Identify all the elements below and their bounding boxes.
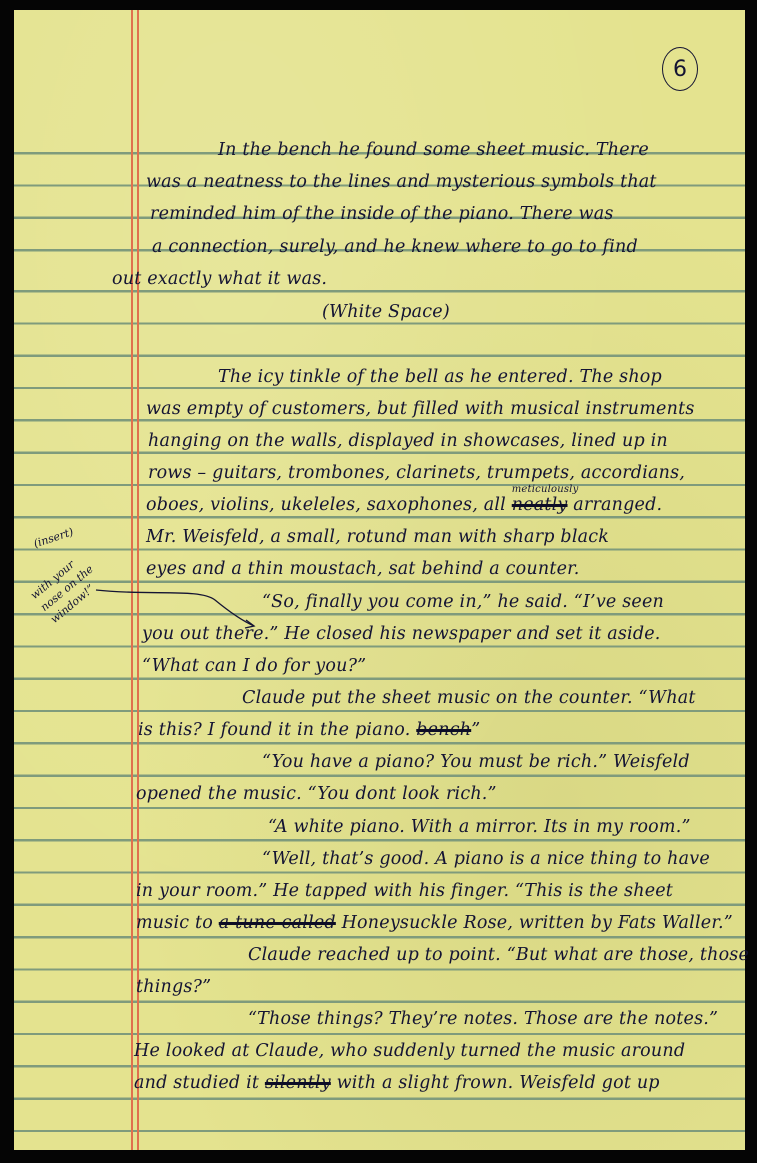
dialogue-line2: you out there.” He closed his newspaper … xyxy=(142,624,661,644)
paragraph1-line3: reminded him of the inside of the piano.… xyxy=(150,204,614,224)
dialogue-line6: “You have a piano? You must be rich.” We… xyxy=(262,752,690,772)
dialogue-line14: “Those things? They’re notes. Those are … xyxy=(248,1009,718,1029)
edit-insertion: meticulously neatly xyxy=(512,495,568,515)
page-number: 6 xyxy=(662,47,698,91)
dialogue-line3: “What can I do for you?” xyxy=(142,656,366,676)
paragraph2-line7: eyes and a thin moustach, sat behind a c… xyxy=(146,559,580,579)
dialogue-line4: Claude put the sheet music on the counte… xyxy=(242,688,696,708)
struck-word: silently xyxy=(265,1073,331,1093)
dialogue-line10: in your room.” He tapped with his finger… xyxy=(136,881,673,901)
struck-phrase: a tune called xyxy=(219,913,336,933)
dialogue-line11: music to a tune called Honeysuckle Rose,… xyxy=(136,913,733,933)
paragraph2-line4: rows – guitars, trombones, clarinets, tr… xyxy=(148,463,685,483)
inserted-word: meticulously xyxy=(512,484,579,495)
paragraph2-line6: Mr. Weisfeld, a small, rotund man with s… xyxy=(146,527,609,547)
dialogue-line16: and studied it silently with a slight fr… xyxy=(134,1073,660,1093)
line-after: Honeysuckle Rose, written by Fats Waller… xyxy=(342,913,733,933)
margin-line-left xyxy=(131,10,133,1150)
paragraph1-line1: In the bench he found some sheet music. … xyxy=(218,140,649,160)
paragraph2-line2: was empty of customers, but filled with … xyxy=(146,399,695,419)
line-before: and studied it xyxy=(134,1073,259,1093)
paragraph1-line2: was a neatness to the lines and mysterio… xyxy=(146,172,657,192)
line-before: is this? I found it in the piano. xyxy=(138,720,411,740)
dialogue-line12: Claude reached up to point. “But what ar… xyxy=(248,945,749,965)
paragraph1-line4: a connection, surely, and he knew where … xyxy=(152,237,638,257)
paragraph2-line3: hanging on the walls, displayed in showc… xyxy=(148,431,668,451)
line5-before: oboes, violins, ukeleles, saxophones, al… xyxy=(146,495,506,515)
line-after: ” xyxy=(471,720,480,740)
dialogue-line7: opened the music. “You dont look rich.” xyxy=(136,784,497,804)
line5-after: arranged. xyxy=(573,495,662,515)
paragraph2-line1: The icy tinkle of the bell as he entered… xyxy=(218,367,662,387)
dialogue-line15: He looked at Claude, who suddenly turned… xyxy=(134,1041,685,1061)
dialogue-line5: is this? I found it in the piano. bench” xyxy=(138,720,480,740)
line-before: music to xyxy=(136,913,213,933)
dialogue-line9: “Well, that’s good. A piano is a nice th… xyxy=(262,849,710,869)
dialogue-line8: “A white piano. With a mirror. Its in my… xyxy=(268,817,691,837)
paragraph1-line5: out exactly what it was. xyxy=(112,269,327,289)
struck-word: neatly xyxy=(512,495,568,515)
paragraph2-line5: oboes, violins, ukeleles, saxophones, al… xyxy=(146,495,662,515)
struck-word: bench xyxy=(416,720,471,740)
section-break: (White Space) xyxy=(322,302,450,322)
line-after: with a slight frown. Weisfeld got up xyxy=(337,1073,660,1093)
dialogue-line13: things?” xyxy=(136,977,211,997)
ruled-lines xyxy=(14,140,745,1150)
dialogue-line1: “So, finally you come in,” he said. “I’v… xyxy=(262,592,664,612)
